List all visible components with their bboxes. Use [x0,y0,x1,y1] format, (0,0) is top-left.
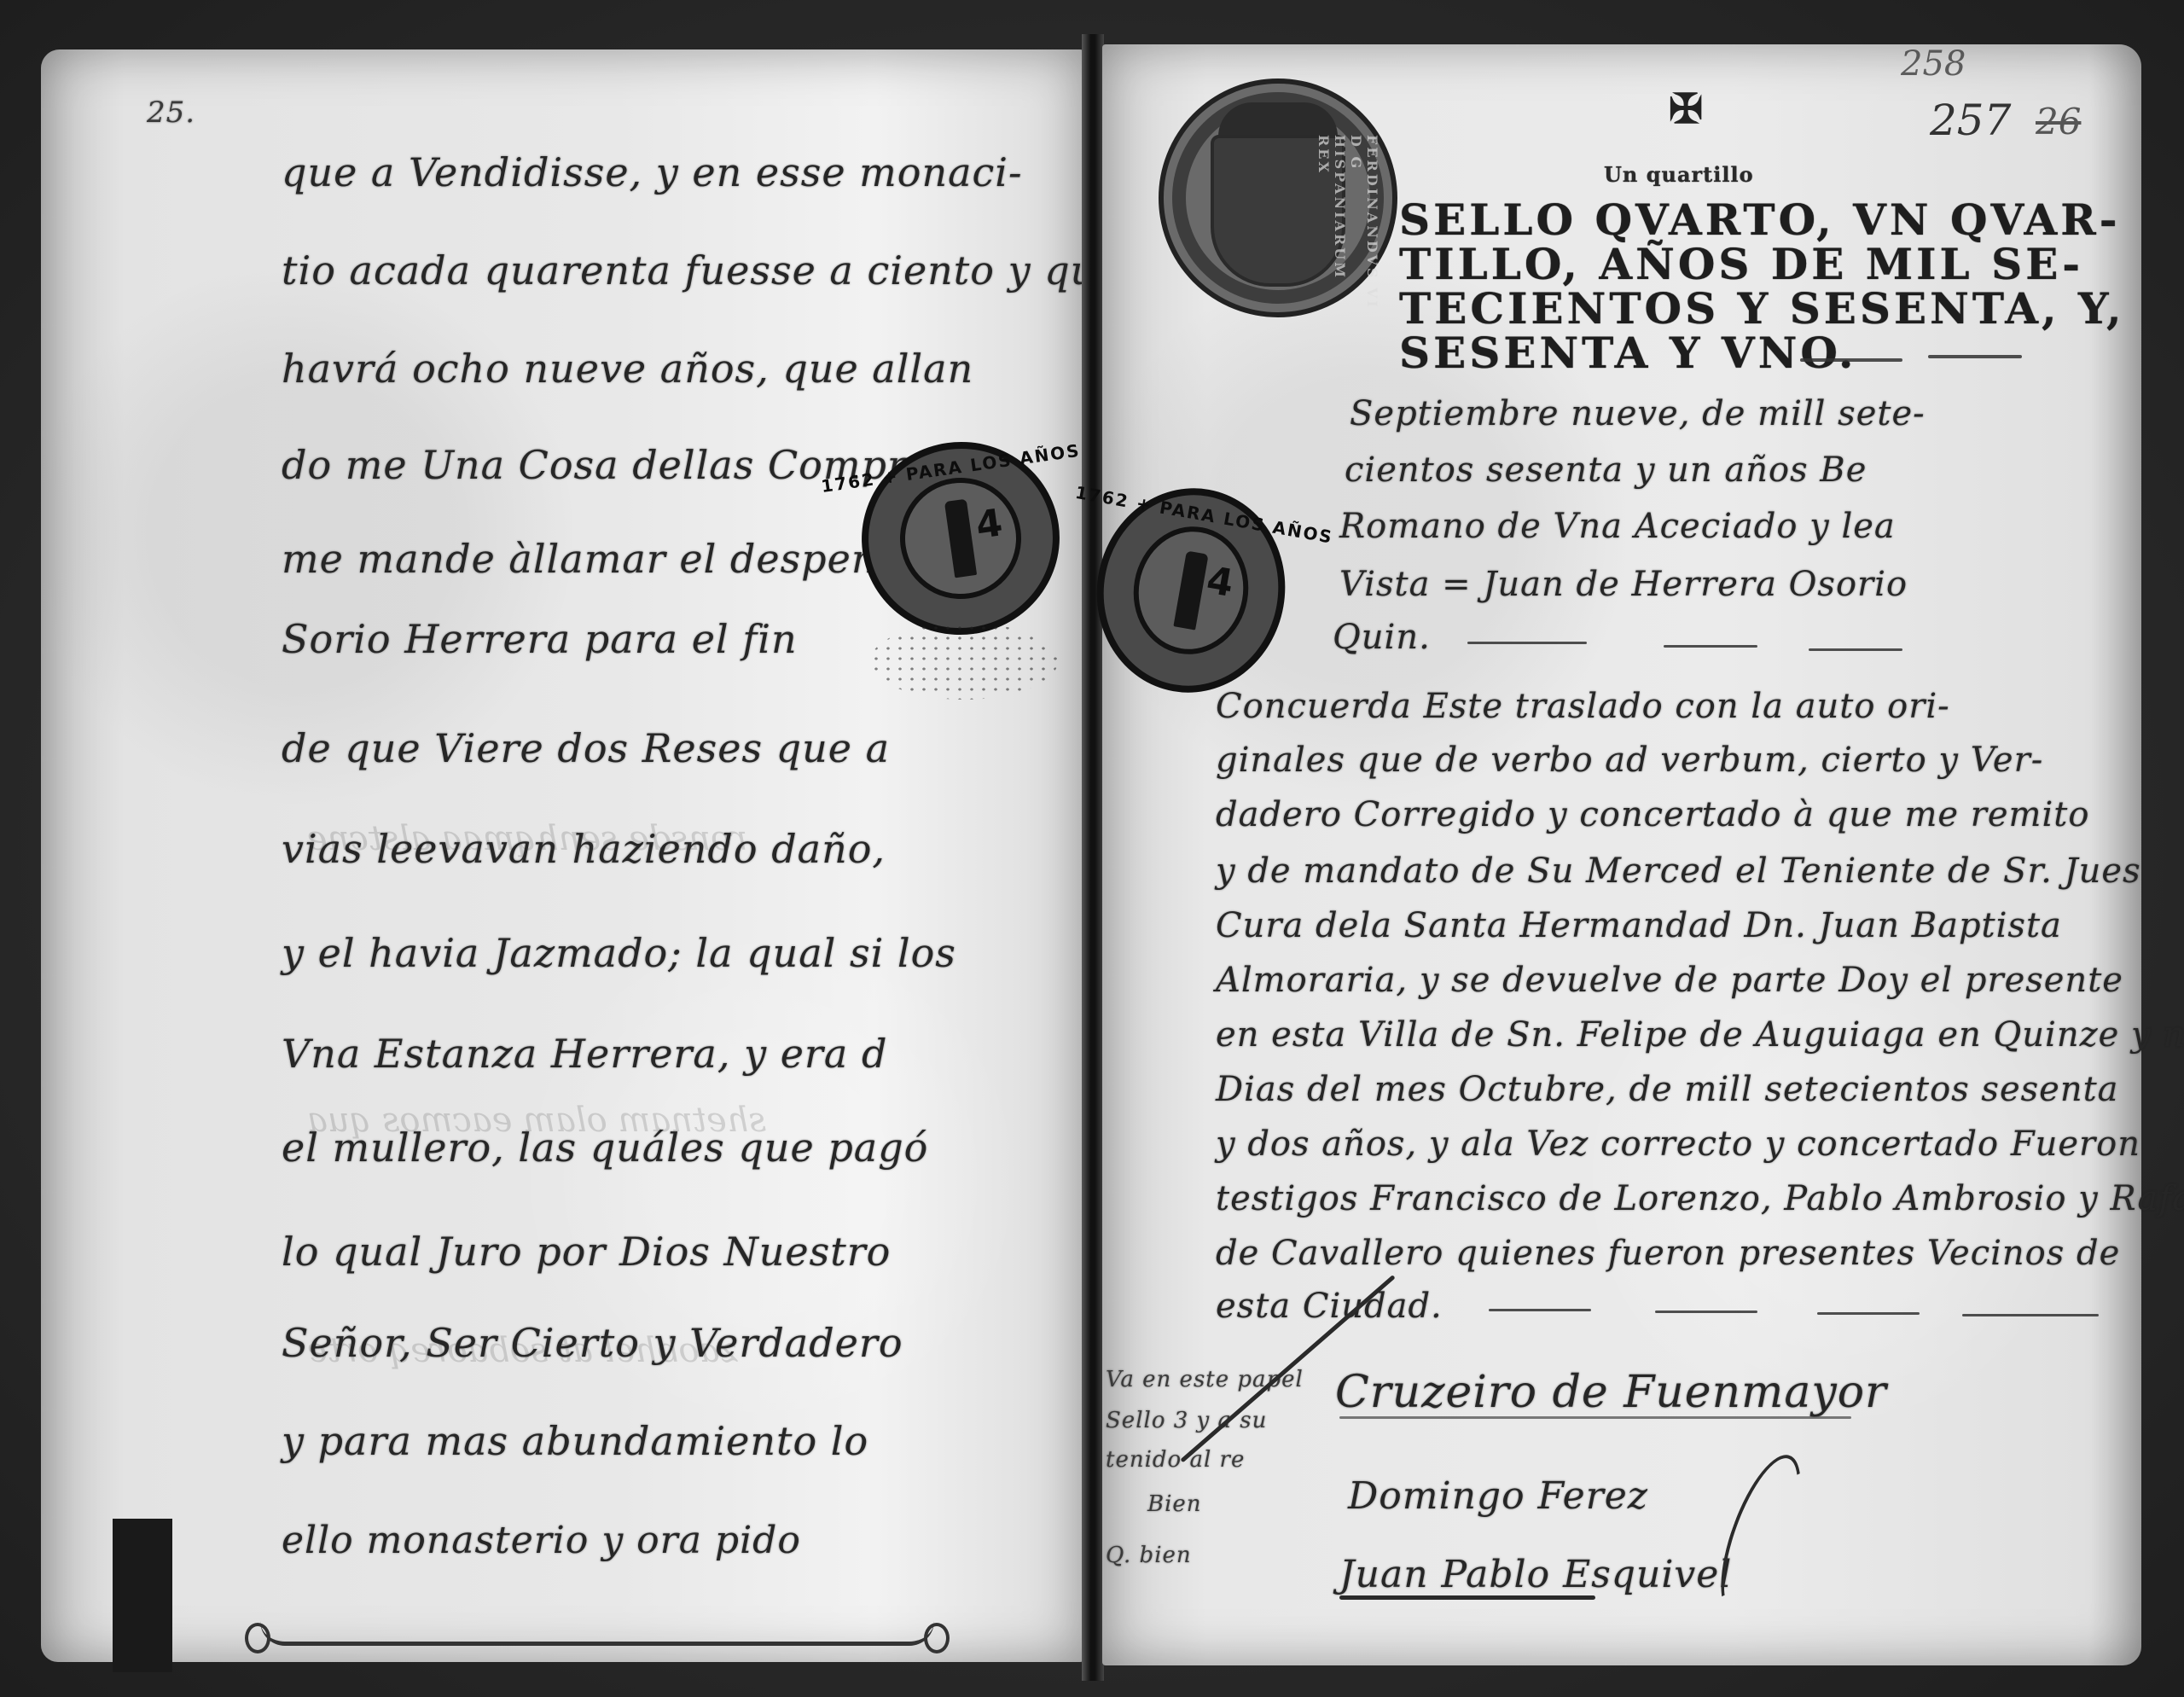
stamp-center: 4 [1124,517,1259,664]
left-line: vias leevavan haziendo daño, [282,826,886,872]
margin-note-line: tenido al re [1106,1447,1245,1473]
margin-note-line: Sello 3 y a su [1106,1408,1267,1433]
dash [1664,645,1757,648]
right-line: Romano de Vna Aceciado y lea [1339,507,1896,546]
right-line: testigos Francisco de Lorenzo, Pablo Amb… [1216,1179,2184,1218]
right-line: ginales que de verbo ad verbum, cierto y… [1216,741,2043,780]
left-line: y el havia Jazmado; la qual si los [282,930,956,976]
seal-legend: FERDINANDVS VI D G HISPANIARUM REX [1316,135,1380,312]
stamp-value: 4 [973,501,1005,548]
right-line: Concuerda Este traslado con la auto ori- [1216,687,1950,726]
left-line: Vna Estanza Herrera, y era d [282,1031,887,1077]
left-line: y para mas abundamiento lo [282,1418,868,1464]
ink-spatter [870,623,1058,700]
signature-underline [1339,1595,1595,1600]
printed-header-line: TECIENTOS Y SESENTA, Y, [1399,283,2125,334]
closing-ornament-rule [260,1621,934,1646]
royal-seal: FERDINANDVS VI D G HISPANIARUM REX [1159,78,1397,317]
signature-underline [1339,1416,1851,1419]
stamp-center: 4 [892,470,1029,607]
margin-note-line: Q. bien [1106,1543,1192,1568]
signature-secondary: Juan Pablo Esquivel [1339,1553,1732,1596]
top-left-margin-mark: 25. [147,96,195,130]
dash [1817,1312,1920,1315]
stamp-value: 4 [1204,558,1237,606]
right-line: cientos sesenta y un años Be [1345,450,1867,490]
margin-note-line: Bien [1147,1491,1202,1517]
right-line: Dias del mes Octubre, de mill seteciento… [1216,1070,2119,1109]
printed-header-line: TILLO, AÑOS DE MIL SE- [1399,239,2083,289]
right-line: Quin. [1333,618,1431,657]
left-line: ello monasterio y ora pido [282,1519,801,1562]
right-line: Cura dela Santa Hermandad Dn. Juan Bapti… [1216,906,2062,945]
printed-header-line: SELLO QVARTO, VN QVAR- [1399,195,2121,245]
dash [1489,1309,1591,1311]
dash [1809,648,1902,651]
left-line: Sorio Herrera para el fin [282,616,798,662]
left-line: de que Viere dos Reses que a [282,725,890,771]
left-line: el mullero, las quáles que pagó [282,1125,928,1171]
right-line: en esta Villa de Sn. Felipe de Auguiaga … [1216,1015,2184,1055]
right-line: Almoraria, y se devuelve de parte Doy el… [1216,961,2123,1000]
pillar-icon [944,499,977,578]
left-line: tio acada quarenta fuesse a ciento y que [282,247,1121,293]
left-line: me mande àllamar el despen- [282,536,892,582]
right-line: esta Ciudad. [1216,1287,1443,1326]
right-line: y de mandato de Su Merced el Teniente de… [1216,851,2141,891]
signature-secondary: Domingo Ferez [1348,1474,1648,1518]
folio-number: 257 [1930,96,2011,145]
right-line: dadero Corregido y concertado à que me r… [1216,795,2089,834]
left-line: que a Vendidisse, y en esse monaci- [282,149,1023,195]
header-dash [1928,355,2022,358]
header-dash [1800,358,1902,362]
dash [1962,1314,2099,1316]
book-gutter [1082,34,1104,1681]
folio-number-struck: 26 [2036,101,2081,142]
right-line: de Cavallero quienes fueron presentes Ve… [1216,1234,2120,1273]
binding-tab [113,1519,172,1672]
printed-header-small: Un quartillo [1604,162,1754,187]
printed-header-line: SESENTA Y VNO. [1399,328,1856,378]
folio-number-above: 258 [1901,44,1966,84]
dash [1655,1311,1757,1313]
dash [1467,642,1587,644]
right-line: Vista = Juan de Herrera Osorio [1339,565,1908,604]
left-line: havrá ocho nueve años, que allan [282,346,973,392]
pillar-icon [1173,550,1208,630]
cross-icon: ✠ [1669,85,1703,133]
left-line: Señor, Ser Cierto y Verdadero [282,1320,903,1366]
right-line: y dos años, y ala Vez correcto y concert… [1216,1125,2140,1164]
signature-primary: Cruzeiro de Fuenmayor [1335,1367,1887,1418]
left-line: lo qual Juro por Dios Nuestro [282,1229,891,1275]
right-line: Septiembre nueve, de mill sete- [1350,394,1926,433]
